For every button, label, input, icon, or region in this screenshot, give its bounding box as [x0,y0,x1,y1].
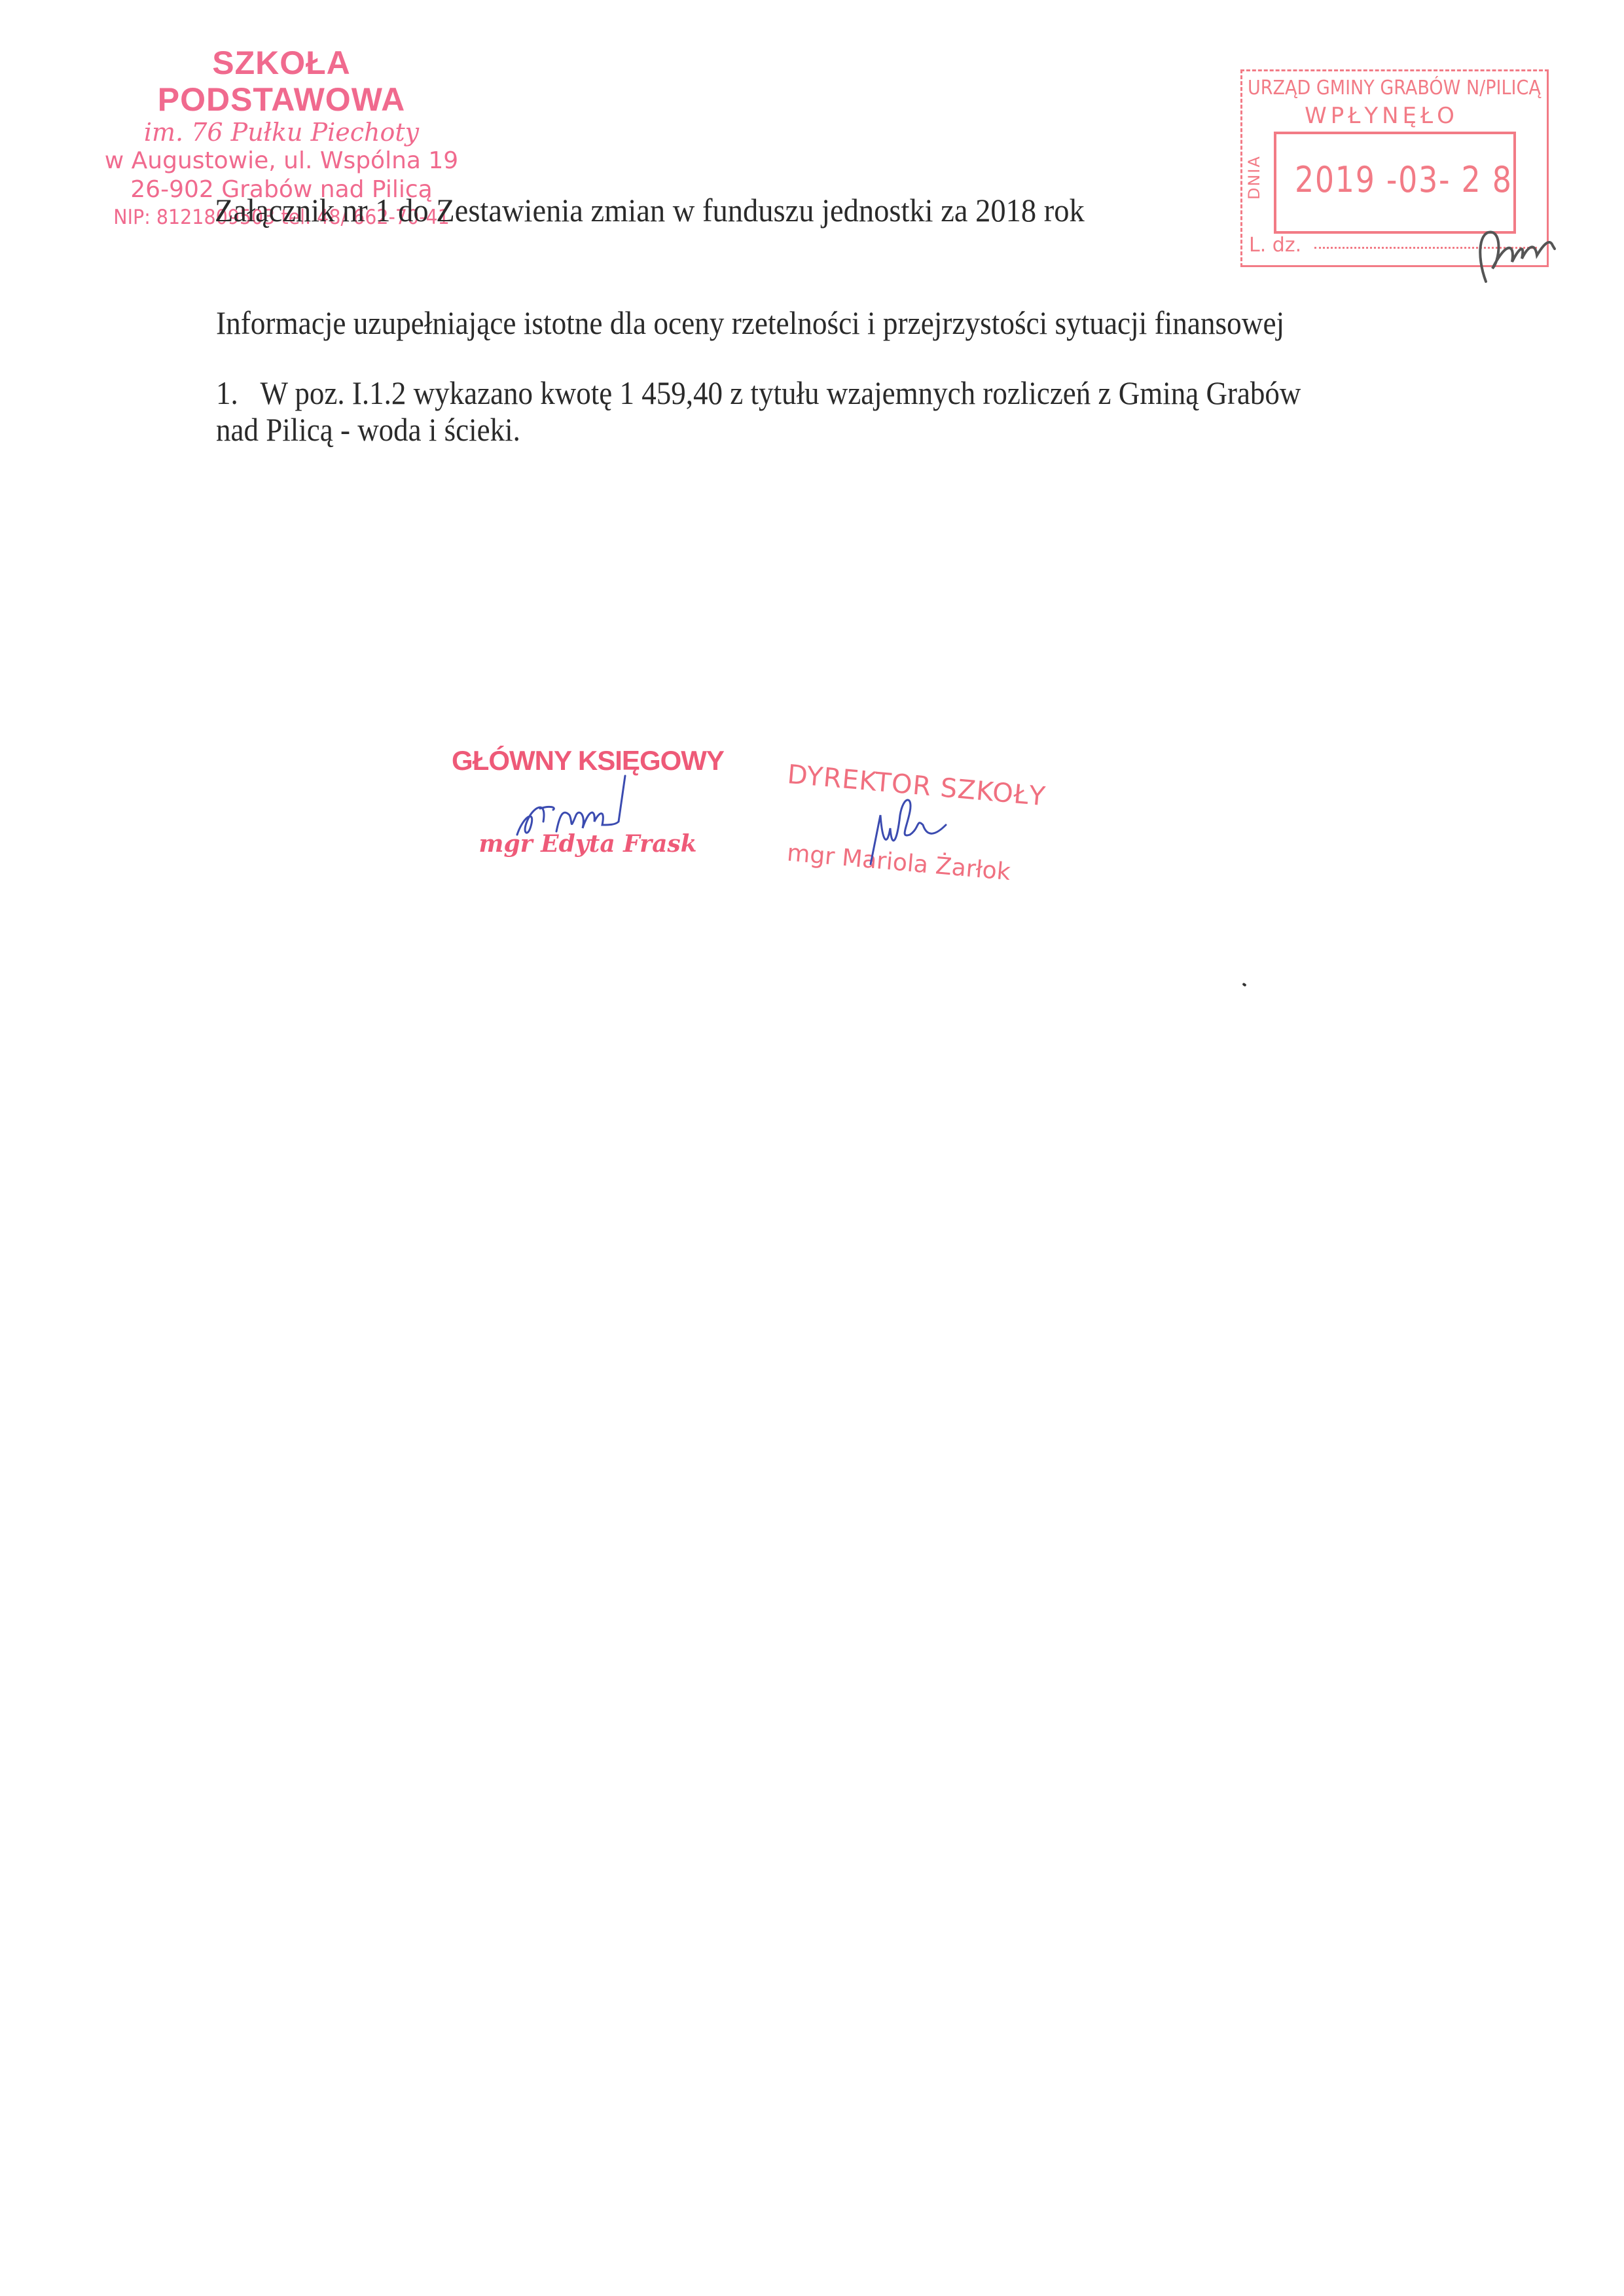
school-address: w Augustowie, ul. Wspólna 19 [92,147,471,175]
list-item-number: 1. [216,374,261,411]
director-role: DYREKTOR SZKOŁY [786,759,1047,812]
list-item-line2: nad Pilicą - woda i ścieki. [216,411,1371,448]
accountant-stamp: GŁÓWNY KSIĘGOWY mgr Edyta Frask [444,745,732,858]
stamp-date-label: DNIA [1245,155,1263,200]
document-title: Załącznik nr 1 do Zestawienia zmian w fu… [215,191,1085,229]
list-item-line1: 1.W poz. I.1.2 wykazano kwotę 1 459,40 z… [216,374,1371,411]
stamp-reg-dotted-line [1314,247,1537,249]
director-name: mgr Mariola Żarłok [786,839,1040,888]
school-patron: im. 76 Pułku Piechoty [92,118,471,147]
accountant-role: GŁÓWNY KSIĘGOWY [444,745,732,776]
stamp-status: WPŁYNĘŁO [1242,103,1547,129]
received-stamp: URZĄD GMINY GRABÓW N/PILICĄ WPŁYNĘŁO DNI… [1240,69,1549,267]
list-item-text: W poz. I.1.2 wykazano kwotę 1 459,40 z t… [261,374,1301,411]
accountant-name: mgr Edyta Frask [444,830,732,858]
school-name: SZKOŁA PODSTAWOWA [92,45,471,118]
stamp-date-box: 2019 -03- 2 8 [1274,132,1516,234]
stamp-reg-label: L. dz. [1249,234,1301,257]
scan-speck [1242,983,1246,987]
stamp-date: 2019 -03- 2 8 [1295,159,1513,200]
stamp-office: URZĄD GMINY GRABÓW N/PILICĄ [1248,77,1541,100]
director-stamp: DYREKTOR SZKOŁY mgr Mariola Żarłok [780,759,1047,888]
section-heading: Informacje uzupełniające istotne dla oce… [216,304,1284,342]
list-item: 1.W poz. I.1.2 wykazano kwotę 1 459,40 z… [216,374,1499,448]
